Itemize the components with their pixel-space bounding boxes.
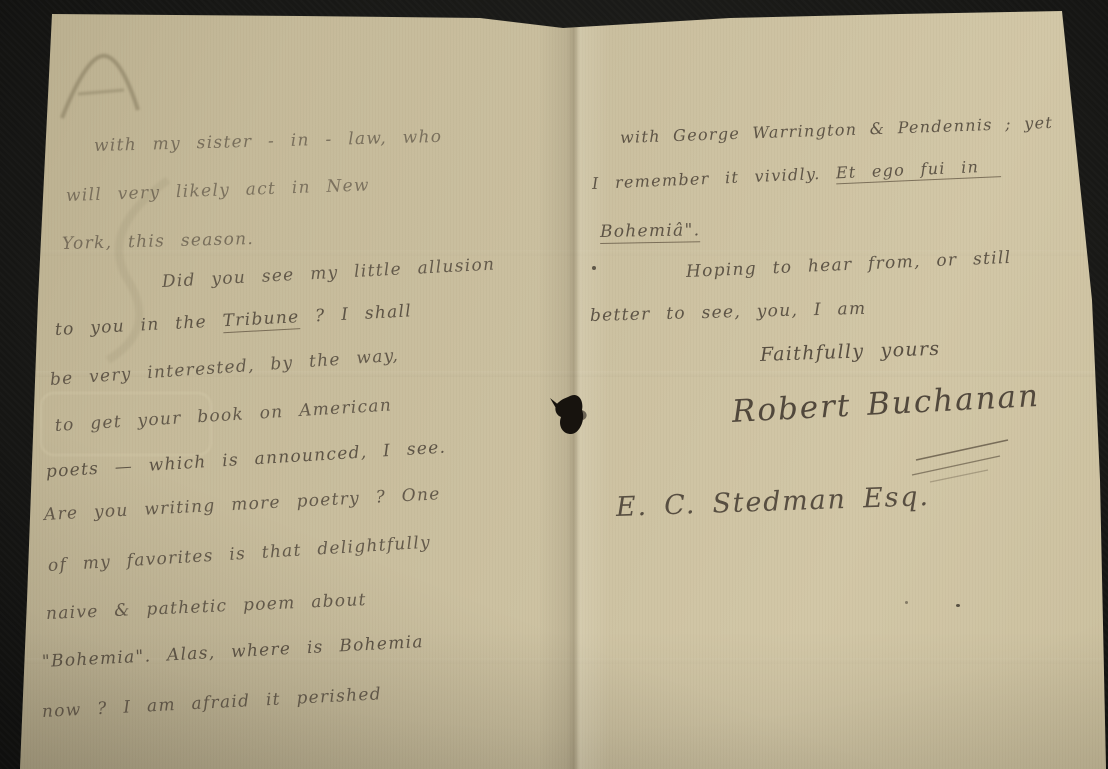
addressee-text: E. C. Stedman Esq. <box>615 481 930 523</box>
handwritten-text: be very interested, by the way, <box>49 346 399 390</box>
handwritten-text: Did you see my little allusion <box>161 255 495 292</box>
ink-speck <box>956 604 960 607</box>
handwritten-line: to get your book on American <box>54 395 392 436</box>
underlined-word-tribune: Tribune <box>222 307 300 333</box>
handwritten-text: poets — which is announced, I see. <box>45 438 446 482</box>
underlined-word-bohemia: Bohemiâ". <box>600 220 701 244</box>
handwritten-line: better to see, you, I am <box>590 299 867 326</box>
letter-paper: with my sister - in - law, who will very… <box>0 0 1108 769</box>
center-fold-crease <box>538 0 610 769</box>
handwritten-text: to you in the <box>54 311 223 340</box>
handwritten-line: Hoping to hear from, or still <box>686 248 1012 282</box>
handwritten-line: will very likely act in New <box>66 175 371 206</box>
handwritten-line: be very interested, by the way, <box>49 346 399 390</box>
handwritten-text: Faithfully yours <box>760 338 941 366</box>
addressee-line: E. C. Stedman Esq. <box>615 481 930 523</box>
handwritten-line: of my favorites is that delightfully <box>47 533 431 576</box>
handwritten-text: will very likely act in New <box>66 175 371 206</box>
handwritten-line: with George Warrington & Pendennis ; yet <box>620 113 1054 147</box>
handwritten-line: "Bohemia". Alas, where is Bohemia <box>41 632 424 672</box>
handwritten-text: to get your book on American <box>54 395 392 436</box>
handwritten-text: ? I shall <box>299 301 413 327</box>
handwritten-text: "Bohemia". Alas, where is Bohemia <box>41 632 424 672</box>
handwritten-text: with George Warrington & Pendennis ; yet <box>620 113 1054 147</box>
underlined-phrase-et-ego-fui-in: Et ego fui in <box>835 156 1001 184</box>
handwritten-line: York, this season. <box>62 229 255 254</box>
paper-hole <box>548 390 592 442</box>
handwritten-line: Did you see my little allusion <box>161 255 495 292</box>
handwritten-text: I remember it vividly. <box>592 163 837 193</box>
handwritten-text: now ? I am afraid it perished <box>41 684 382 722</box>
handwritten-line: now ? I am afraid it perished <box>41 684 382 722</box>
handwritten-text: with my sister - in - law, who <box>94 127 443 156</box>
valediction-line: Faithfully yours <box>760 338 941 366</box>
handwritten-line: with my sister - in - law, who <box>94 127 443 156</box>
handwritten-line: poets — which is announced, I see. <box>45 438 446 482</box>
handwritten-line: Bohemiâ". <box>600 220 701 242</box>
handwritten-line: to you in the Tribune ? I shall <box>54 301 412 340</box>
handwritten-text: better to see, you, I am <box>590 299 867 326</box>
handwritten-text: of my favorites is that delightfully <box>47 533 431 576</box>
handwritten-text: York, this season. <box>62 229 255 254</box>
ink-speck <box>905 601 908 604</box>
signature: Robert Buchanan <box>731 378 1041 430</box>
handwritten-text: Hoping to hear from, or still <box>686 248 1012 282</box>
handwritten-text: naive & pathetic poem about <box>46 590 368 624</box>
handwritten-text: Are you writing more poetry ? One <box>43 484 441 525</box>
bleed-through-mark <box>56 48 151 126</box>
handwritten-line: naive & pathetic poem about <box>46 590 368 624</box>
handwritten-line: Are you writing more poetry ? One <box>43 484 441 525</box>
ink-speck <box>592 266 596 270</box>
handwritten-line: I remember it vividly. Et ego fui in <box>592 156 1002 193</box>
signature-text: Robert Buchanan <box>731 378 1041 430</box>
letter-photograph: with my sister - in - law, who will very… <box>0 0 1108 769</box>
